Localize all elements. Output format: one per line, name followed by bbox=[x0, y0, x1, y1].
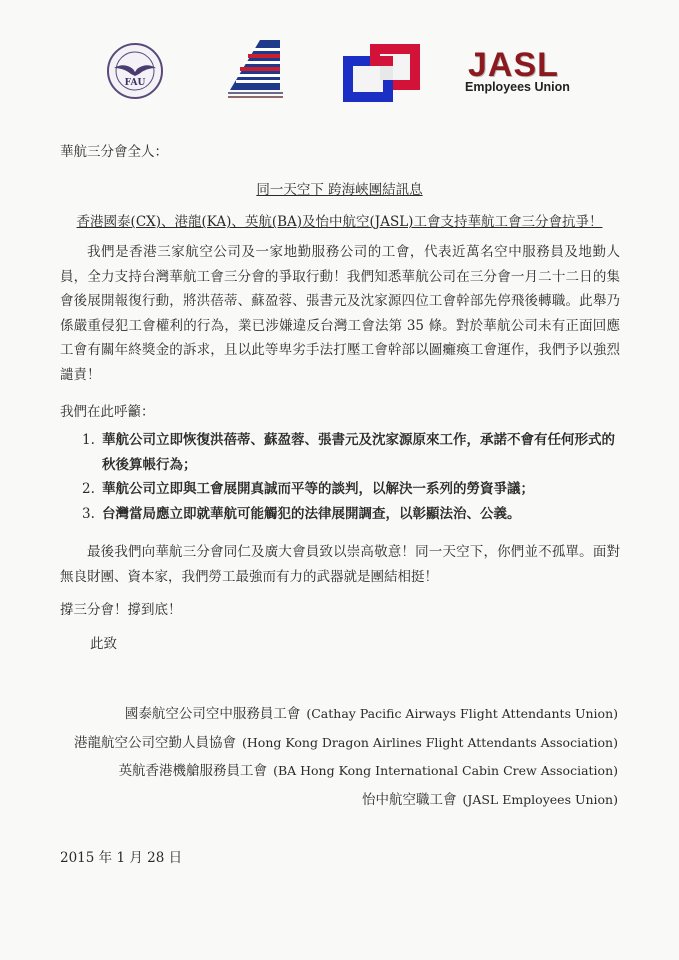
signatory-name-en: (Cathay Pacific Airways Flight Attendant… bbox=[306, 706, 618, 721]
signatory-cathay: 國泰航空公司空中服務員工會(Cathay Pacific Airways Fli… bbox=[74, 700, 618, 729]
demand-number: 2. bbox=[82, 477, 95, 502]
demands-list: 1. 華航公司立即恢復洪蓓蒂、蘇盈蓉、張書元及沈家源原來工作，承諾不會有任何形式… bbox=[82, 428, 622, 526]
demand-text: 華航公司立即與工會展開真誠而平等的談判，以解決一系列的勞資爭議； bbox=[102, 481, 534, 497]
letter-subtitle: 香港國泰(CX)、港龍(KA)、英航(BA)及怡中航空(JASL)工會支持華航工… bbox=[0, 210, 679, 230]
dragonair-a-emblem-icon bbox=[228, 40, 283, 102]
letter-page: FAU bbox=[0, 0, 679, 960]
demand-number: 3. bbox=[82, 502, 95, 527]
signatory-name-zh: 港龍航空公司空勤人員協會 bbox=[74, 735, 236, 751]
signatory-name-en: (Hong Kong Dragon Airlines Flight Attend… bbox=[242, 735, 618, 750]
demand-number: 1. bbox=[82, 428, 95, 453]
signatory-name-en: (JASL Employees Union) bbox=[462, 792, 618, 807]
body-paragraph-2: 最後我們向華航三分會同仁及廣大會員致以崇高敬意！同一天空下，你們並不孤單。面對無… bbox=[60, 540, 620, 589]
signatory-name-en: (BA Hong Kong International Cabin Crew A… bbox=[273, 763, 618, 778]
signatory-ba: 英航香港機艙服務員工會(BA Hong Kong International C… bbox=[74, 757, 618, 786]
ba-cabin-crew-logo bbox=[343, 44, 427, 102]
signatories-block: 國泰航空公司空中服務員工會(Cathay Pacific Airways Fli… bbox=[74, 700, 618, 814]
jasl-logo: JASL Employees Union bbox=[465, 50, 570, 96]
jasl-logo-subtitle: Employees Union bbox=[465, 80, 570, 94]
call-to-action-heading: 我們在此呼籲： bbox=[60, 400, 155, 420]
closing-regards: 此致 bbox=[90, 632, 117, 652]
salutation: 華航三分會全人： bbox=[60, 140, 168, 160]
letter-date: 2015 年 1 月 28 日 bbox=[60, 846, 182, 866]
svg-text:FAU: FAU bbox=[125, 78, 146, 88]
dragonair-faa-logo bbox=[228, 40, 283, 102]
demand-text: 台灣當局應立即就華航可能觸犯的法律展開調查，以彰顯法治、公義。 bbox=[102, 506, 521, 522]
signatory-name-zh: 怡中航空職工會 bbox=[362, 792, 457, 808]
ba-linked-squares-icon bbox=[343, 44, 427, 102]
demand-item-3: 3. 台灣當局應立即就華航可能觸犯的法律展開調查，以彰顯法治、公義。 bbox=[82, 502, 622, 527]
signatory-name-zh: 英航香港機艙服務員工會 bbox=[119, 763, 268, 779]
letter-title: 同一天空下 跨海峽團結訊息 bbox=[0, 178, 679, 198]
signatory-name-zh: 國泰航空公司空中服務員工會 bbox=[125, 706, 301, 722]
demand-item-2: 2. 華航公司立即與工會展開真誠而平等的談判，以解決一系列的勞資爭議； bbox=[82, 477, 622, 502]
fau-logo: FAU bbox=[106, 42, 164, 100]
body-paragraph-1: 我們是香港三家航空公司及一家地勤服務公司的工會，代表近萬名空中服務員及地勤人員，… bbox=[60, 240, 620, 387]
demand-item-1: 1. 華航公司立即恢復洪蓓蒂、蘇盈蓉、張書元及沈家源原來工作，承諾不會有任何形式… bbox=[82, 428, 622, 477]
rally-slogan: 撐三分會！撐到底！ bbox=[60, 598, 182, 618]
fau-emblem-icon: FAU bbox=[106, 42, 164, 100]
demand-text: 華航公司立即恢復洪蓓蒂、蘇盈蓉、張書元及沈家源原來工作，承諾不會有任何形式的秋後… bbox=[102, 432, 615, 473]
signatory-jasl: 怡中航空職工會(JASL Employees Union) bbox=[74, 786, 618, 815]
logo-banner: FAU bbox=[0, 38, 679, 108]
signatory-dragonair: 港龍航空公司空勤人員協會(Hong Kong Dragon Airlines F… bbox=[74, 729, 618, 758]
